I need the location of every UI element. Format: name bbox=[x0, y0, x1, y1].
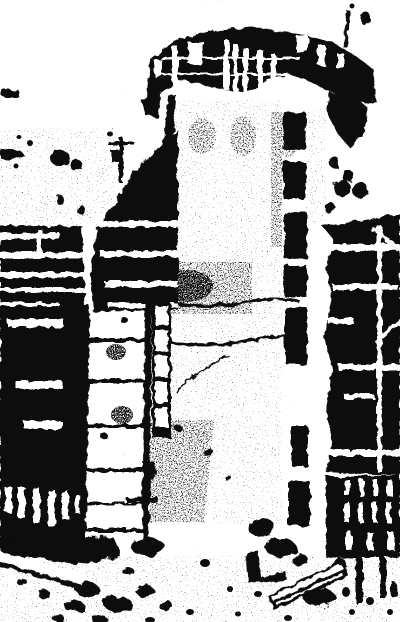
construction-photo: Construction site: a tall cylindrical co… bbox=[0, 0, 400, 622]
photo-canvas: Construction site: a tall cylindrical co… bbox=[0, 0, 400, 622]
scaffold-right bbox=[322, 179, 400, 615]
